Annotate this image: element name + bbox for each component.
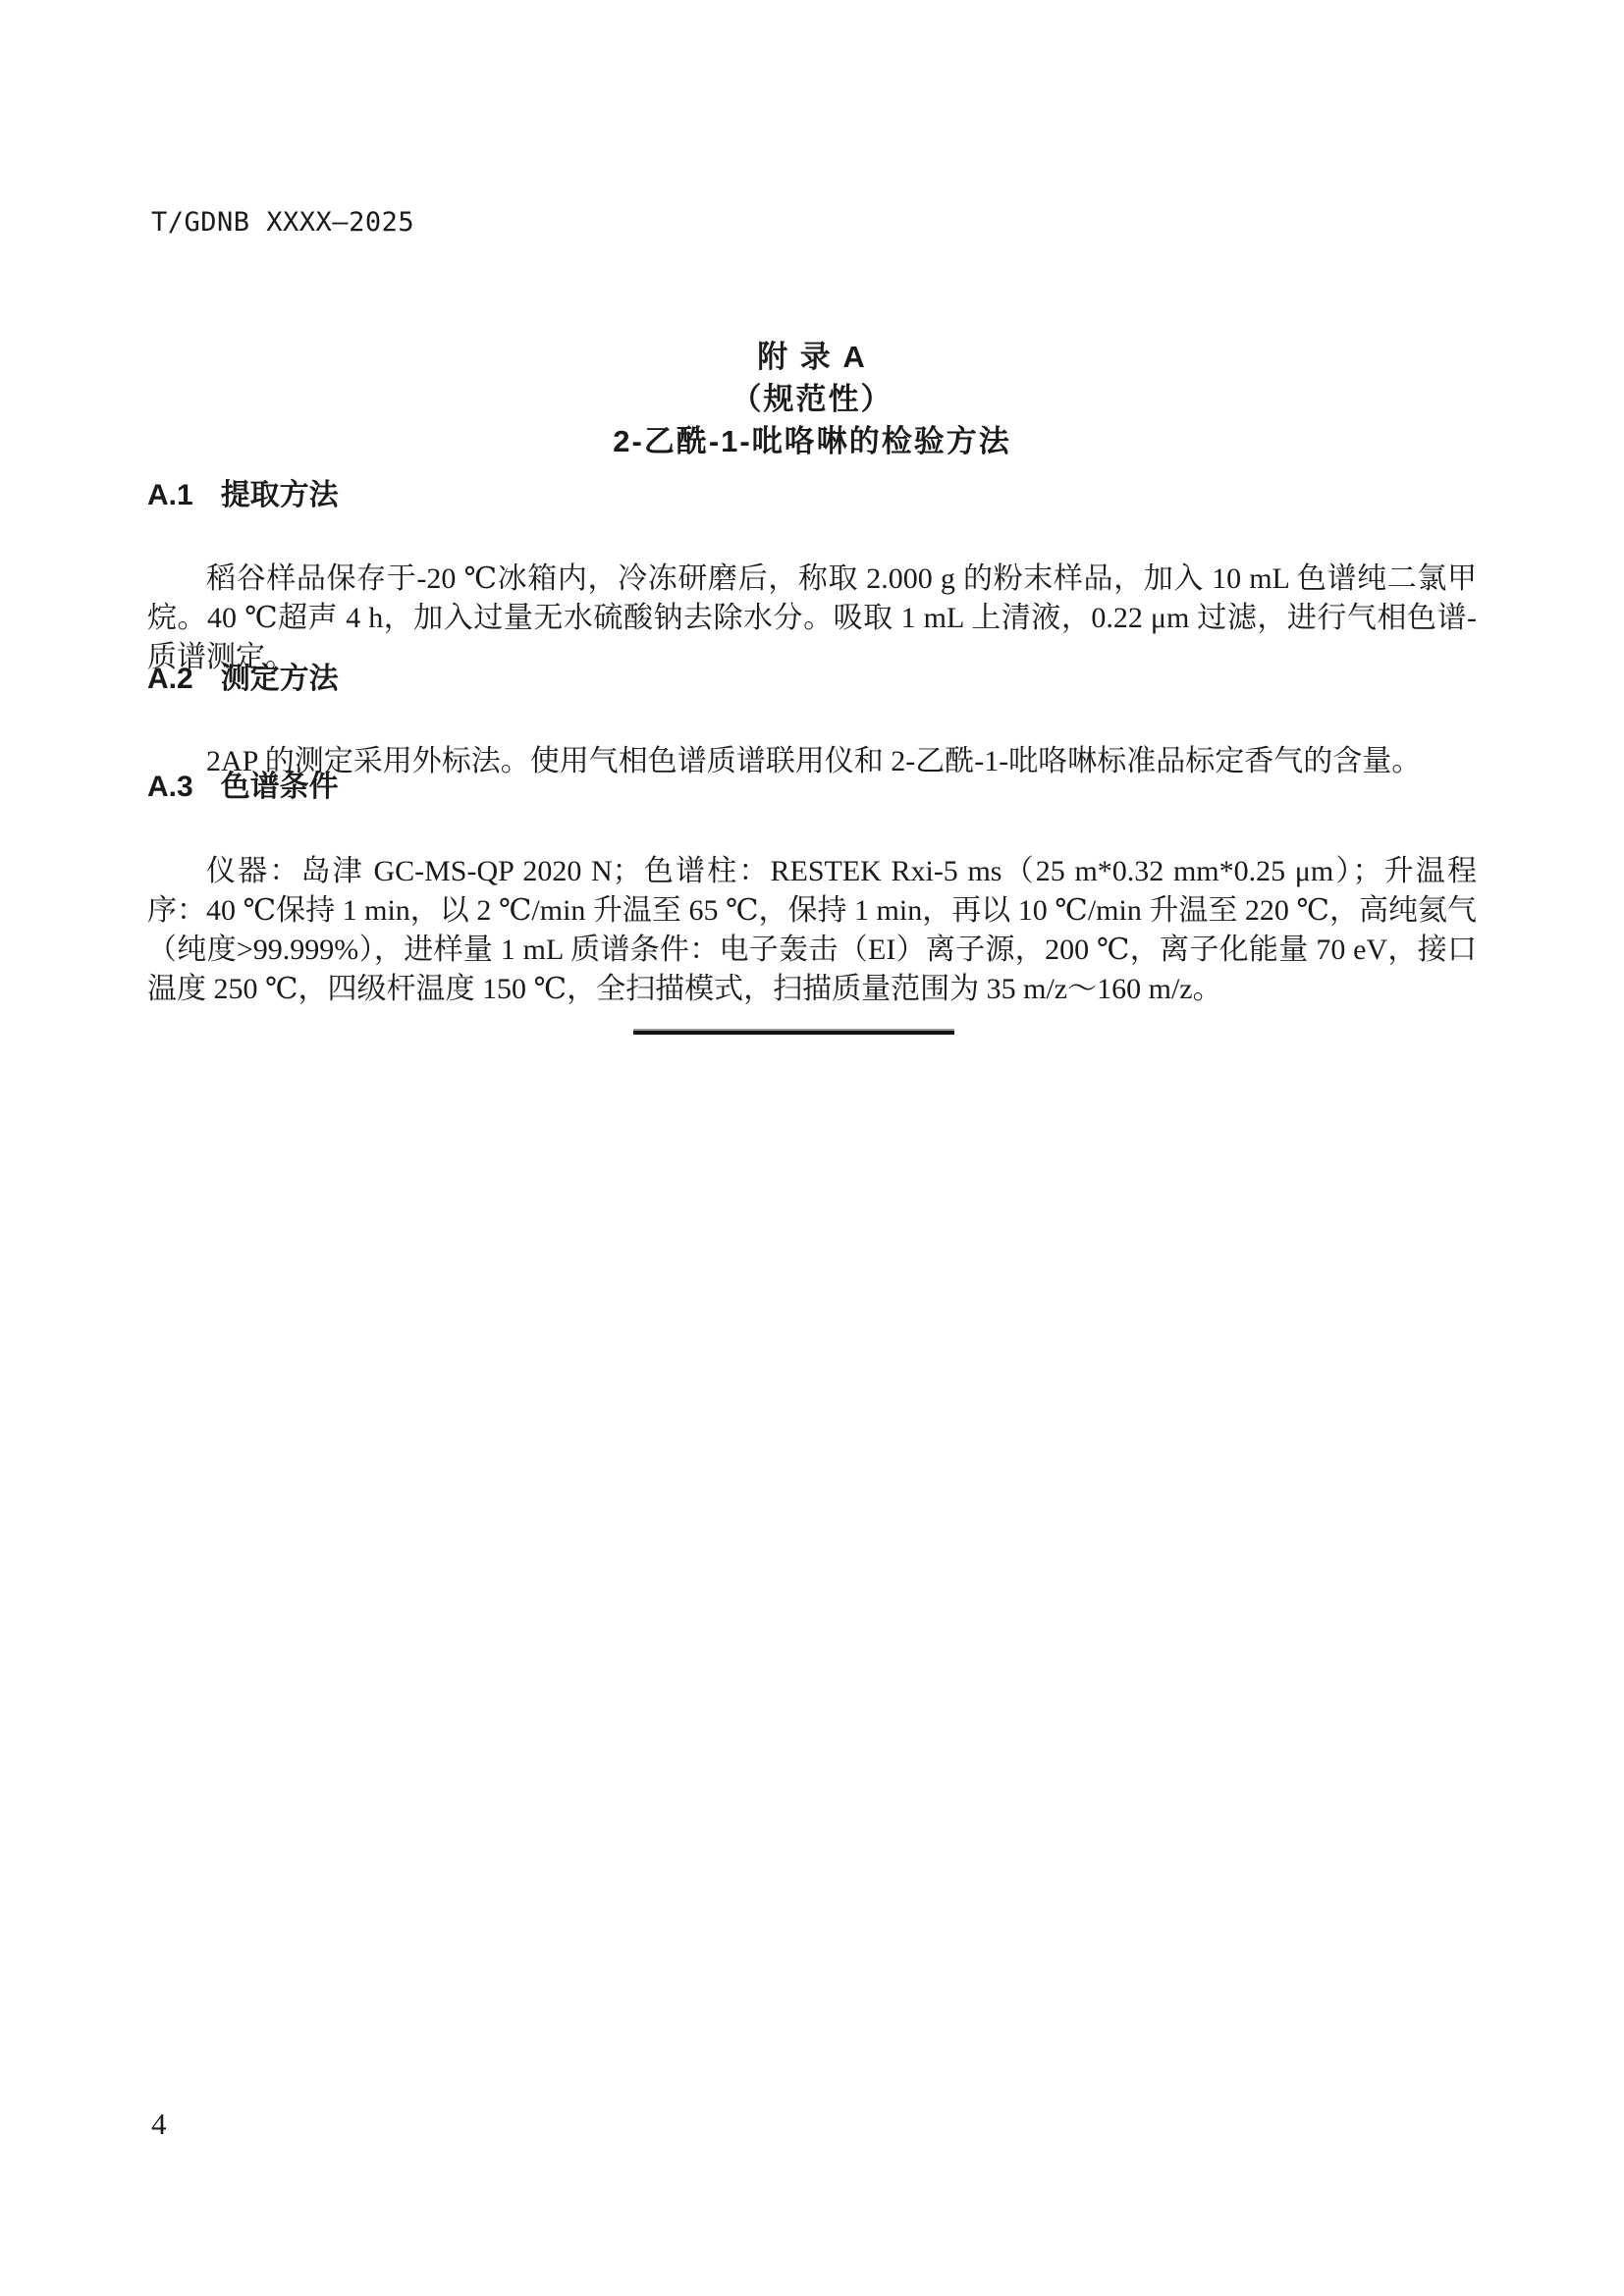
section-body-a2: 2AP 的测定采用外标法。使用气相色谱质谱联用仪和 2-乙酰-1-吡咯啉标准品标… [147, 742, 1477, 781]
section-heading-a2: A.2测定方法 [147, 662, 339, 697]
section-title-a2: 测定方法 [221, 663, 339, 695]
appendix-title-line1: 附 录 A [0, 336, 1624, 378]
page-number: 4 [151, 2107, 167, 2142]
section-heading-a1: A.1提取方法 [147, 478, 339, 513]
section-number-a1: A.1 [147, 478, 193, 513]
section-body-a3: 仪器：岛津 GC-MS-QP 2020 N；色谱柱：RESTEK Rxi-5 m… [147, 852, 1477, 1009]
doc-code: T/GDNB XXXX—2025 [151, 208, 414, 238]
appendix-title-line3: 2-乙酰-1-吡咯啉的检验方法 [0, 420, 1624, 462]
section-title-a3: 色谱条件 [221, 771, 339, 803]
end-of-text-divider [633, 1029, 954, 1035]
appendix-title: 附 录 A （规范性） 2-乙酰-1-吡咯啉的检验方法 [0, 336, 1624, 462]
section-number-a2: A.2 [147, 662, 193, 697]
section-heading-a3: A.3色谱条件 [147, 770, 339, 805]
section-title-a1: 提取方法 [221, 479, 339, 511]
section-number-a3: A.3 [147, 770, 193, 805]
appendix-title-line2: （规范性） [0, 378, 1624, 420]
document-page: T/GDNB XXXX—2025 附 录 A （规范性） 2-乙酰-1-吡咯啉的… [0, 0, 1624, 2296]
section-body-a1: 稻谷样品保存于-20 ℃冰箱内，冷冻研磨后，称取 2.000 g 的粉末样品，加… [147, 560, 1477, 677]
